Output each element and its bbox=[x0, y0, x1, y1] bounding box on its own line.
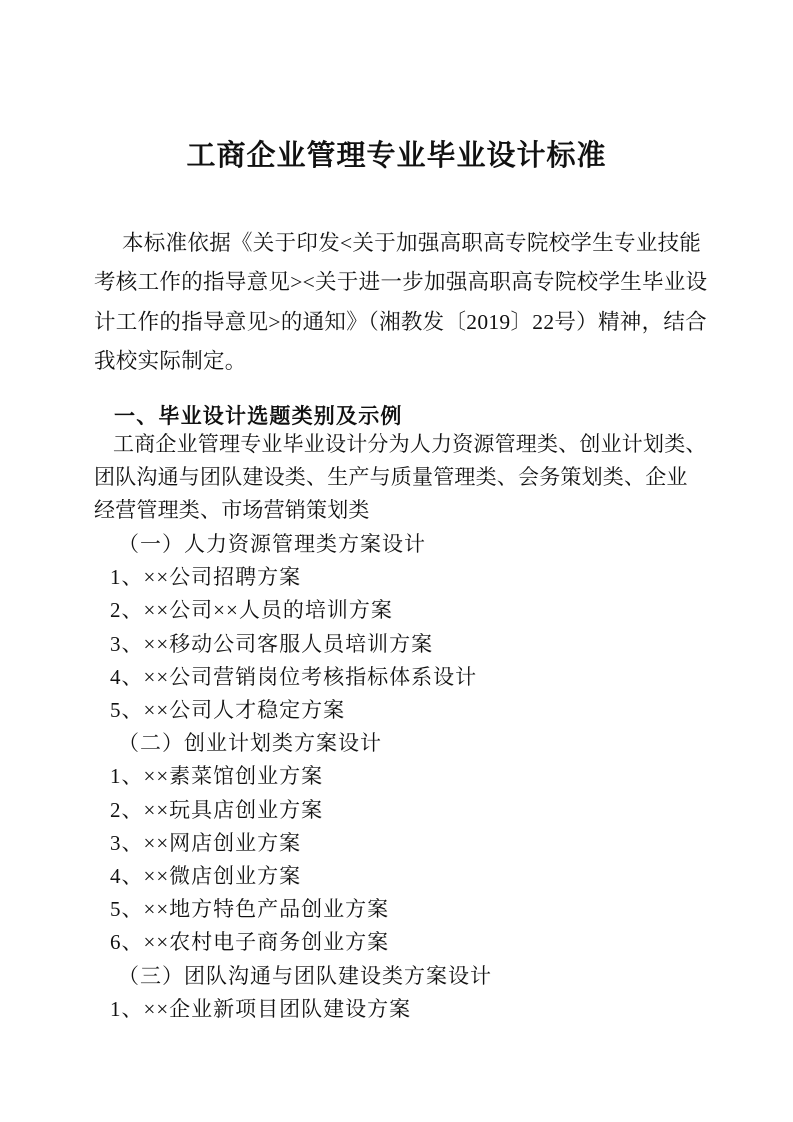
topic-item: 4、××公司营销岗位考核指标体系设计 bbox=[94, 661, 754, 694]
topic-subheading: （二）创业计划类方案设计 bbox=[94, 727, 754, 760]
text-line: 本标准依据《关于印发<关于加强高职高专院校学生专业技能 bbox=[94, 224, 754, 263]
topic-item: 3、××移动公司客服人员培训方案 bbox=[94, 628, 754, 661]
text-line: 经营管理类、市场营销策划类 bbox=[94, 494, 754, 527]
topic-item: 6、××农村电子商务创业方案 bbox=[94, 926, 754, 959]
topic-item: 4、××微店创业方案 bbox=[94, 860, 754, 893]
category-overview-paragraph: 工商企业管理专业毕业设计分为人力资源管理类、创业计划类、团队沟通与团队建设类、生… bbox=[94, 428, 754, 528]
topic-item: 1、××素菜馆创业方案 bbox=[94, 760, 754, 793]
text-line: 我校实际制定。 bbox=[94, 342, 754, 381]
topic-item: 3、××网店创业方案 bbox=[94, 827, 754, 860]
intro-paragraph: 本标准依据《关于印发<关于加强高职高专院校学生专业技能考核工作的指导意见><关于… bbox=[94, 224, 754, 381]
topic-list: （一）人力资源管理类方案设计1、××公司招聘方案2、××公司××人员的培训方案3… bbox=[94, 528, 754, 1026]
text-line: 工商企业管理专业毕业设计分为人力资源管理类、创业计划类、 bbox=[94, 428, 754, 461]
text-line: 考核工作的指导意见><关于进一步加强高职高专院校学生毕业设 bbox=[94, 263, 754, 302]
topic-subheading: （三）团队沟通与团队建设类方案设计 bbox=[94, 960, 754, 993]
topic-item: 1、××公司招聘方案 bbox=[94, 561, 754, 594]
topic-item: 2、××玩具店创业方案 bbox=[94, 794, 754, 827]
document-page: 工商企业管理专业毕业设计标准 本标准依据《关于印发<关于加强高职高专院校学生专业… bbox=[0, 0, 793, 1122]
topic-item: 2、××公司××人员的培训方案 bbox=[94, 594, 754, 627]
text-line: 计工作的指导意见>的通知》（湘教发〔2019〕22号）精神，结合 bbox=[94, 303, 754, 342]
document-title: 工商企业管理专业毕业设计标准 bbox=[0, 137, 793, 175]
topic-item: 1、××企业新项目团队建设方案 bbox=[94, 993, 754, 1026]
topic-subheading: （一）人力资源管理类方案设计 bbox=[94, 528, 754, 561]
section-heading: 一、毕业设计选题类别及示例 bbox=[114, 403, 403, 431]
topic-item: 5、××公司人才稳定方案 bbox=[94, 694, 754, 727]
text-line: 团队沟通与团队建设类、生产与质量管理类、会务策划类、企业 bbox=[94, 461, 754, 494]
topic-item: 5、××地方特色产品创业方案 bbox=[94, 893, 754, 926]
